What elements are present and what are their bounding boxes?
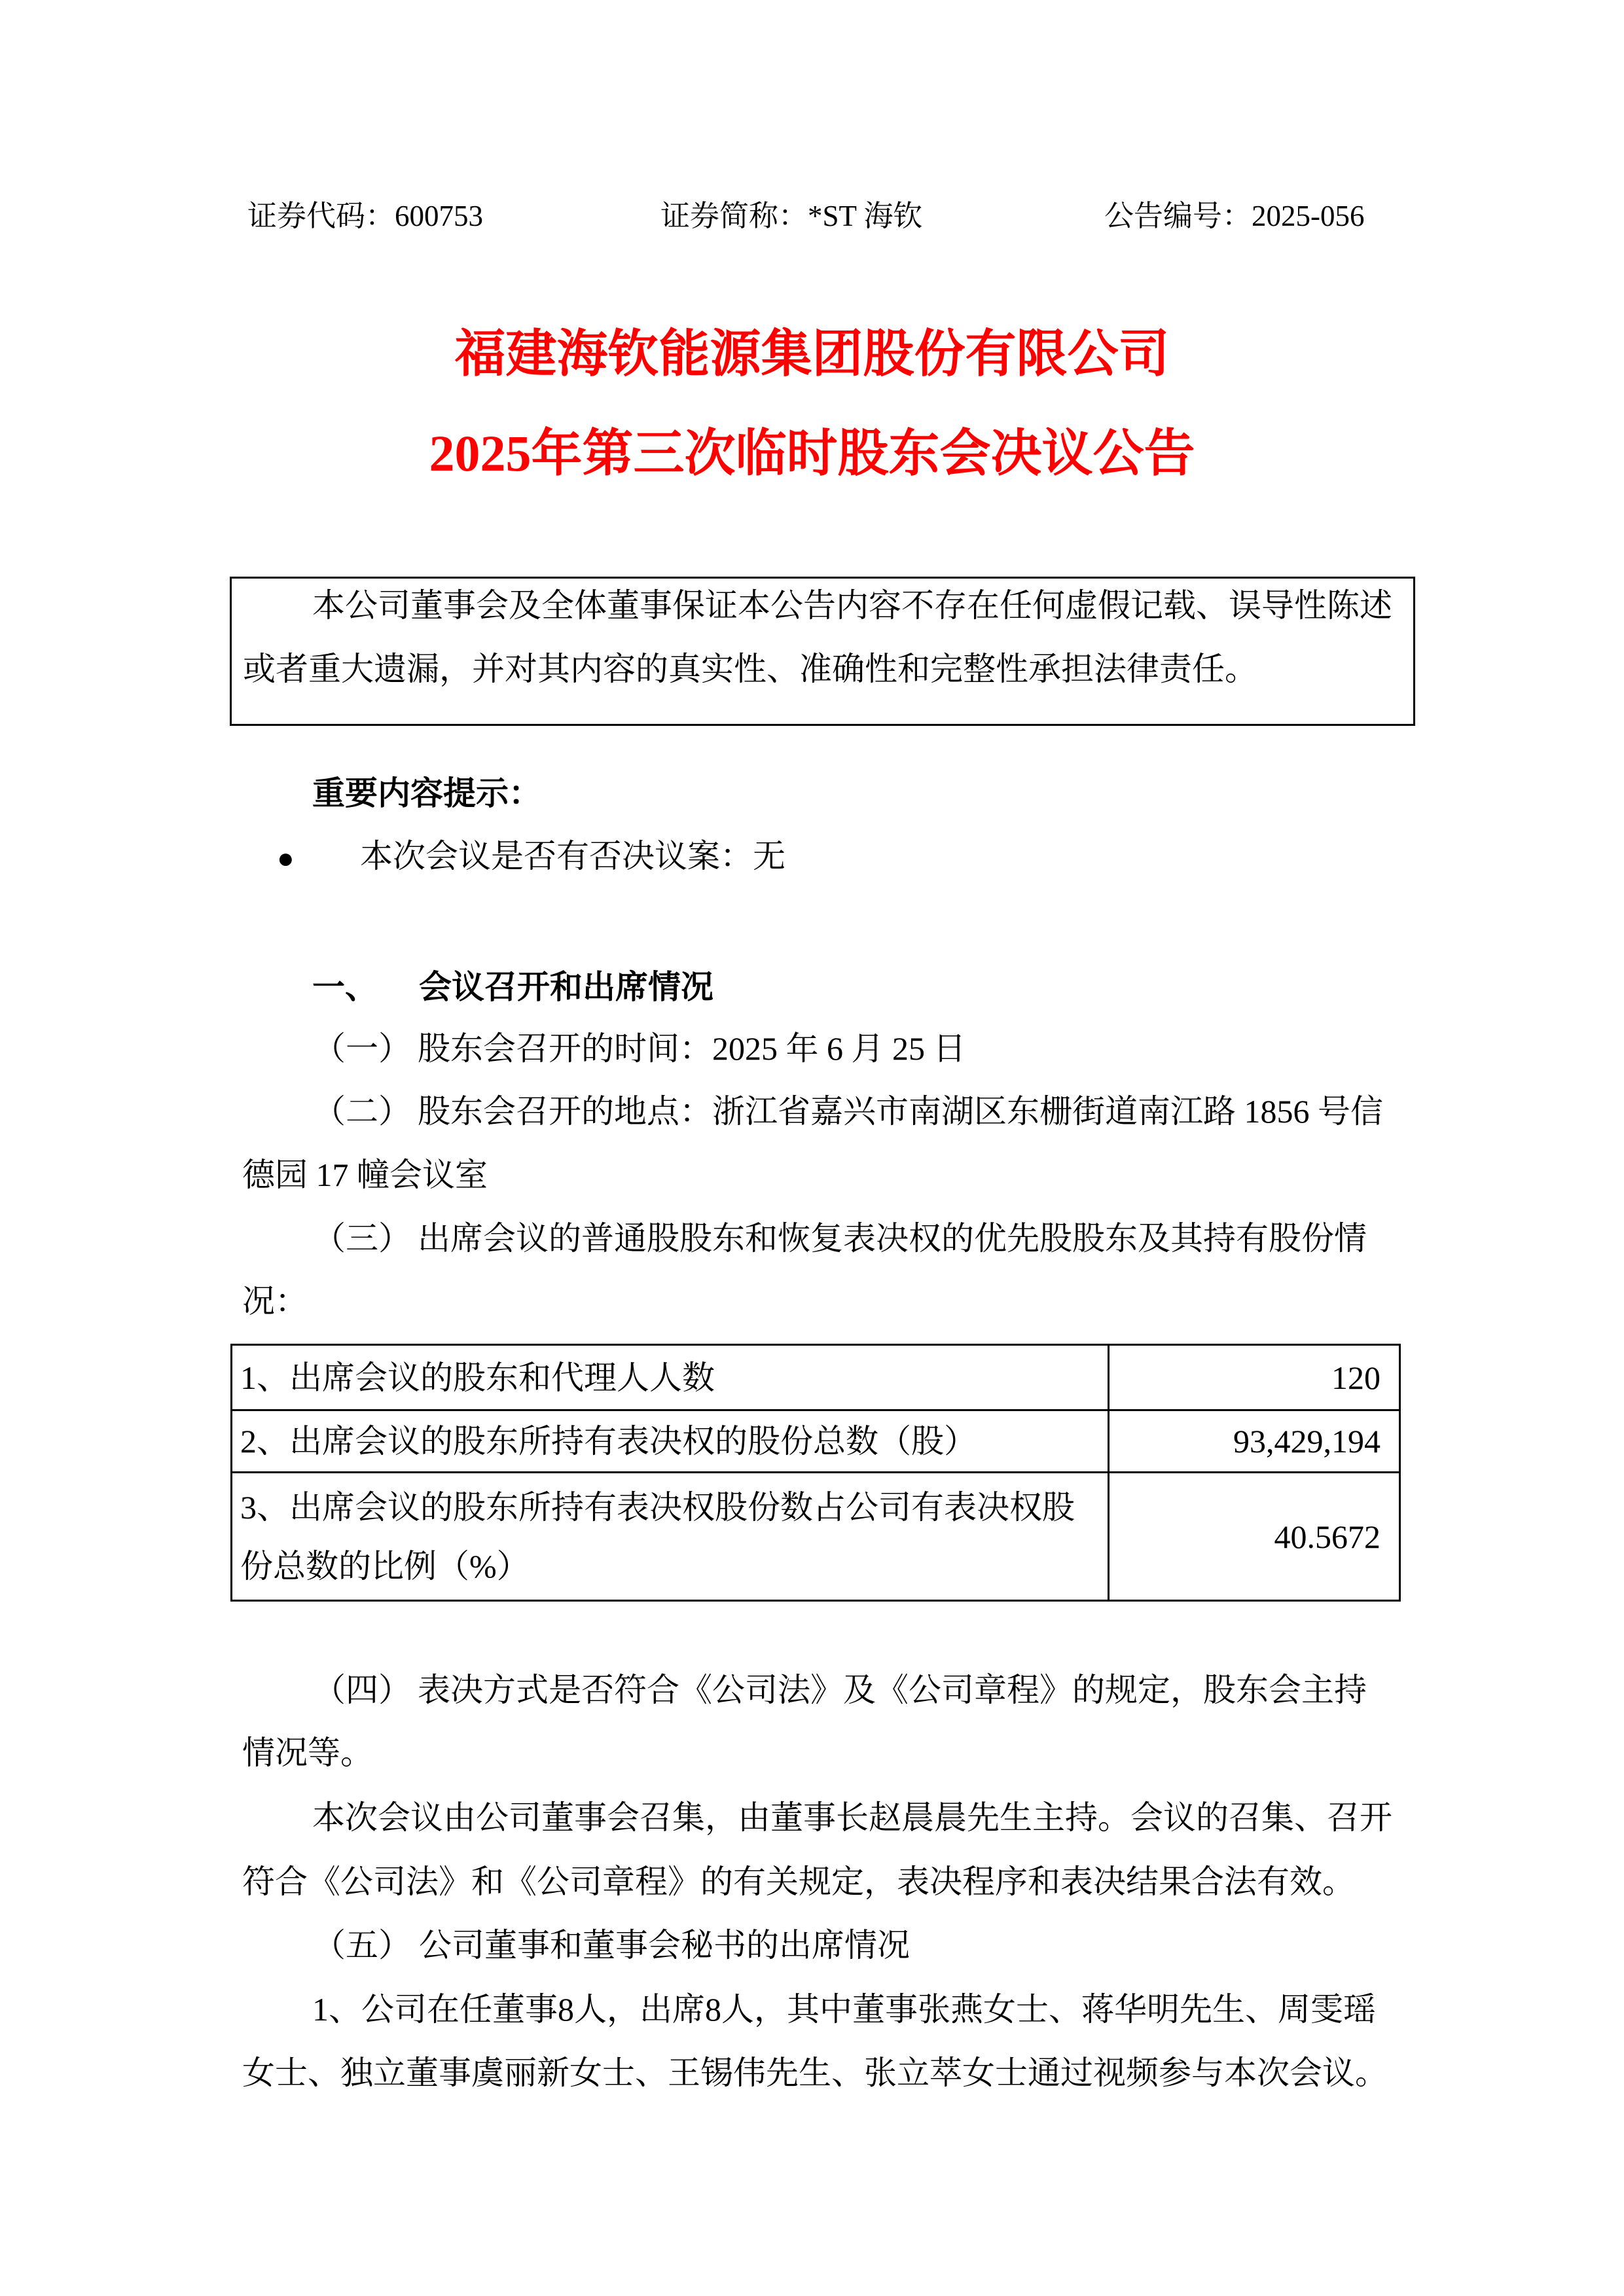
table-row-3-value: 40.5672	[1108, 1473, 1399, 1600]
item-2-continuation: 德园 17 幢会议室	[242, 1155, 488, 1195]
bullet-item-text: 本次会议是否有否决议案：无	[360, 836, 785, 876]
table-row-3-label: 3、出席会议的股东所持有表决权股份数占公司有表决权股 份总数的比例（%）	[232, 1473, 1108, 1600]
disclaimer-line-1: 本公司董事会及全体董事保证本公告内容不存在任何虚假记载、误导性陈述	[312, 585, 1392, 626]
stock-abbreviation: 证券简称：*ST 海钦	[660, 198, 922, 234]
item-3-text: 出席会议的普通股股东和恢复表决权的优先股股东及其持有股份情	[418, 1218, 1367, 1259]
item-1-text: 股东会召开的时间：2025 年 6 月 25 日	[418, 1028, 966, 1069]
table-row-2-label: 2、出席会议的股东所持有表决权的股份总数（股）	[232, 1411, 1108, 1471]
item-2-marker: （二）	[313, 1091, 411, 1132]
item-3-continuation: 况：	[242, 1281, 308, 1321]
announcement-number: 公告编号：2025-056	[1104, 198, 1365, 234]
directors-paragraph-line-2: 女士、独立董事虞丽新女士、王锡伟先生、张立萃女士通过视频参与本次会议。	[242, 2053, 1388, 2093]
section-1-heading: 会议召开和出席情况	[419, 967, 713, 1007]
announcement-title: 2025年第三次临时股东会决议公告	[0, 425, 1624, 482]
table-row-3-label-line-1: 3、出席会议的股东所持有表决权股份数占公司有表决权股	[240, 1478, 1075, 1537]
table-row: 3、出席会议的股东所持有表决权股份数占公司有表决权股 份总数的比例（%） 40.…	[232, 1471, 1399, 1600]
item-4-text: 表决方式是否符合《公司法》及《公司章程》的规定，股东会主持	[418, 1670, 1367, 1710]
item-2-text: 股东会召开的地点：浙江省嘉兴市南湖区东栅街道南江路 1856 号信	[418, 1091, 1383, 1132]
section-1-number: 一、	[312, 967, 378, 1007]
table-row-3-label-line-2: 份总数的比例（%）	[240, 1537, 1075, 1596]
item-1-marker: （一）	[313, 1028, 411, 1069]
disclaimer-line-2: 或者重大遗漏，并对其内容的真实性、准确性和完整性承担法律责任。	[243, 649, 1257, 689]
item-3-marker: （三）	[313, 1218, 411, 1259]
item-5-text: 公司董事和董事会秘书的出席情况	[419, 1925, 910, 1965]
item-4-continuation: 情况等。	[242, 1732, 373, 1773]
item-4-marker: （四）	[313, 1670, 411, 1710]
item-5-marker: （五）	[313, 1925, 411, 1965]
convening-paragraph-line-1: 本次会议由公司董事会召集，由董事长赵晨晨先生主持。会议的召集、召开	[312, 1797, 1392, 1838]
attendance-table: 1、出席会议的股东和代理人人数 120 2、出席会议的股东所持有表决权的股份总数…	[230, 1344, 1401, 1602]
company-name-title: 福建海钦能源集团股份有限公司	[0, 325, 1624, 383]
table-row-2-value: 93,429,194	[1108, 1411, 1399, 1471]
table-row: 2、出席会议的股东所持有表决权的股份总数（股） 93,429,194	[232, 1409, 1399, 1471]
table-row: 1、出席会议的股东和代理人人数 120	[232, 1346, 1399, 1409]
directors-paragraph-line-1: 1、公司在任董事8人，出席8人，其中董事张燕女士、蒋华明先生、周雯瑶	[312, 1989, 1376, 2030]
stock-code: 证券代码：600753	[247, 198, 483, 234]
announcement-page: 证券代码：600753 证券简称：*ST 海钦 公告编号：2025-056 福建…	[0, 0, 1624, 2296]
important-notice-heading: 重要内容提示：	[312, 773, 541, 814]
convening-paragraph-line-2: 符合《公司法》和《公司章程》的有关规定，表决程序和表决结果合法有效。	[242, 1861, 1355, 1902]
disclaimer-box: 本公司董事会及全体董事保证本公告内容不存在任何虚假记载、误导性陈述 或者重大遗漏…	[230, 577, 1415, 726]
table-row-1-label: 1、出席会议的股东和代理人人数	[232, 1346, 1108, 1409]
table-row-1-value: 120	[1108, 1346, 1399, 1409]
bullet-icon: ●	[277, 838, 295, 879]
